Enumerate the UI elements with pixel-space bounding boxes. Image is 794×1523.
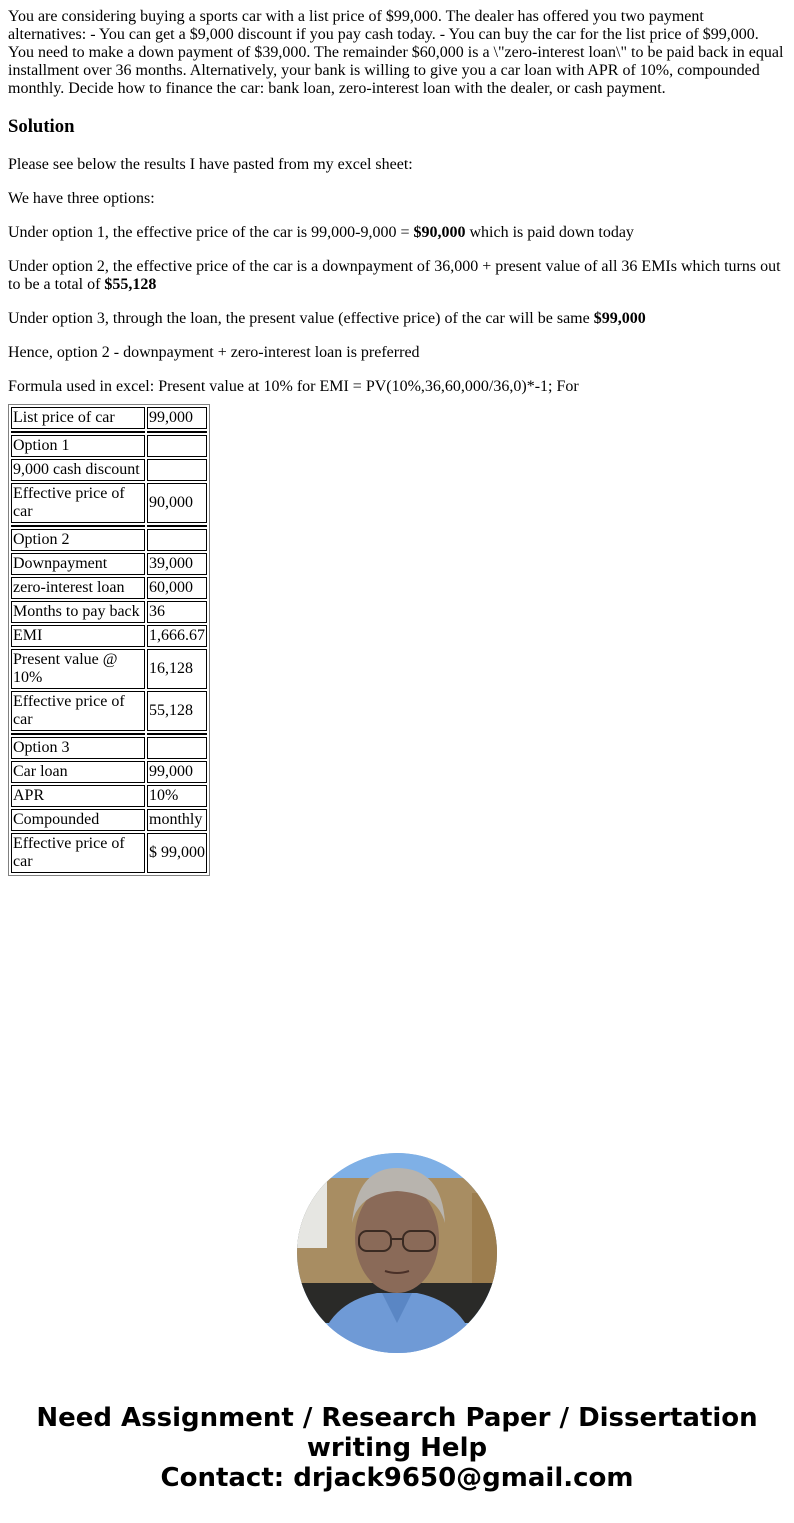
promo-line-1: Need Assignment / Research Paper / Disse… (0, 1403, 794, 1433)
row-label: Effective price of car (11, 691, 145, 731)
promo-footer: Need Assignment / Research Paper / Disse… (0, 1403, 794, 1493)
option1-suffix: which is paid down today (466, 224, 634, 241)
row-value: 39,000 (147, 553, 207, 575)
row-label: Option 3 (11, 737, 145, 759)
solution-heading: Solution (8, 116, 786, 138)
option1-explanation: Under option 1, the effective price of t… (8, 224, 786, 242)
row-label: Car loan (11, 761, 145, 783)
row-label: Compounded (11, 809, 145, 831)
spacer-cell (147, 525, 207, 527)
row-value: 60,000 (147, 577, 207, 599)
row-label: List price of car (11, 407, 145, 429)
solution-intro: Please see below the results I have past… (8, 156, 786, 174)
option3-prefix: Under option 3, through the loan, the pr… (8, 310, 594, 327)
row-label: APR (11, 785, 145, 807)
row-value: 99,000 (147, 407, 207, 429)
table-row: Effective price of car90,000 (11, 483, 207, 523)
table-spacer-row (11, 525, 207, 527)
table-row: Effective price of car55,128 (11, 691, 207, 731)
row-label: zero-interest loan (11, 577, 145, 599)
row-value: 1,666.67 (147, 625, 207, 647)
table-row: List price of car99,000 (11, 407, 207, 429)
row-label: 9,000 cash discount (11, 459, 145, 481)
row-value: 99,000 (147, 761, 207, 783)
spacer-cell (147, 431, 207, 433)
table-row: EMI1,666.67 (11, 625, 207, 647)
option3-explanation: Under option 3, through the loan, the pr… (8, 310, 786, 328)
table-row: zero-interest loan60,000 (11, 577, 207, 599)
document-body: You are considering buying a sports car … (0, 0, 794, 876)
option1-prefix: Under option 1, the effective price of t… (8, 224, 414, 241)
table-row: Option 1 (11, 435, 207, 457)
table-row: 9,000 cash discount (11, 459, 207, 481)
tutor-avatar (297, 1153, 497, 1353)
spacer-cell (11, 525, 145, 527)
spacer-cell (11, 431, 145, 433)
table-row: Compoundedmonthly (11, 809, 207, 831)
row-value (147, 459, 207, 481)
row-value: 10% (147, 785, 207, 807)
option2-explanation: Under option 2, the effective price of t… (8, 258, 786, 294)
spacer-cell (147, 733, 207, 735)
table-spacer-row (11, 733, 207, 735)
calculation-table: List price of car99,000Option 19,000 cas… (8, 404, 210, 876)
options-intro: We have three options: (8, 190, 786, 208)
contact-email: Contact: drjack9650@gmail.com (0, 1463, 794, 1493)
row-label: Months to pay back (11, 601, 145, 623)
conclusion: Hence, option 2 - downpayment + zero-int… (8, 344, 786, 362)
row-value (147, 529, 207, 551)
row-label: EMI (11, 625, 145, 647)
option1-value: $90,000 (414, 224, 466, 241)
table-row: Car loan99,000 (11, 761, 207, 783)
row-value (147, 737, 207, 759)
row-value (147, 435, 207, 457)
row-value: 90,000 (147, 483, 207, 523)
table-row: Option 3 (11, 737, 207, 759)
row-value: 36 (147, 601, 207, 623)
question-text: You are considering buying a sports car … (8, 8, 786, 98)
row-label: Effective price of car (11, 483, 145, 523)
row-label: Effective price of car (11, 833, 145, 873)
table-row: Downpayment39,000 (11, 553, 207, 575)
row-label: Option 2 (11, 529, 145, 551)
option3-value: $99,000 (594, 310, 646, 327)
tutor-profile-photo-icon (297, 1153, 497, 1353)
row-label: Option 1 (11, 435, 145, 457)
table-row: Option 2 (11, 529, 207, 551)
row-label: Present value @ 10% (11, 649, 145, 689)
table-row: Months to pay back36 (11, 601, 207, 623)
table-spacer-row (11, 431, 207, 433)
promo-line-2: writing Help (0, 1433, 794, 1463)
formula-text: Formula used in excel: Present value at … (8, 378, 786, 396)
table-row: Effective price of car$ 99,000 (11, 833, 207, 873)
table-row: APR10% (11, 785, 207, 807)
row-label: Downpayment (11, 553, 145, 575)
spacer-cell (11, 733, 145, 735)
row-value: 55,128 (147, 691, 207, 731)
row-value: $ 99,000 (147, 833, 207, 873)
option2-value: $55,128 (104, 276, 156, 293)
row-value: monthly (147, 809, 207, 831)
table-row: Present value @ 10%16,128 (11, 649, 207, 689)
row-value: 16,128 (147, 649, 207, 689)
